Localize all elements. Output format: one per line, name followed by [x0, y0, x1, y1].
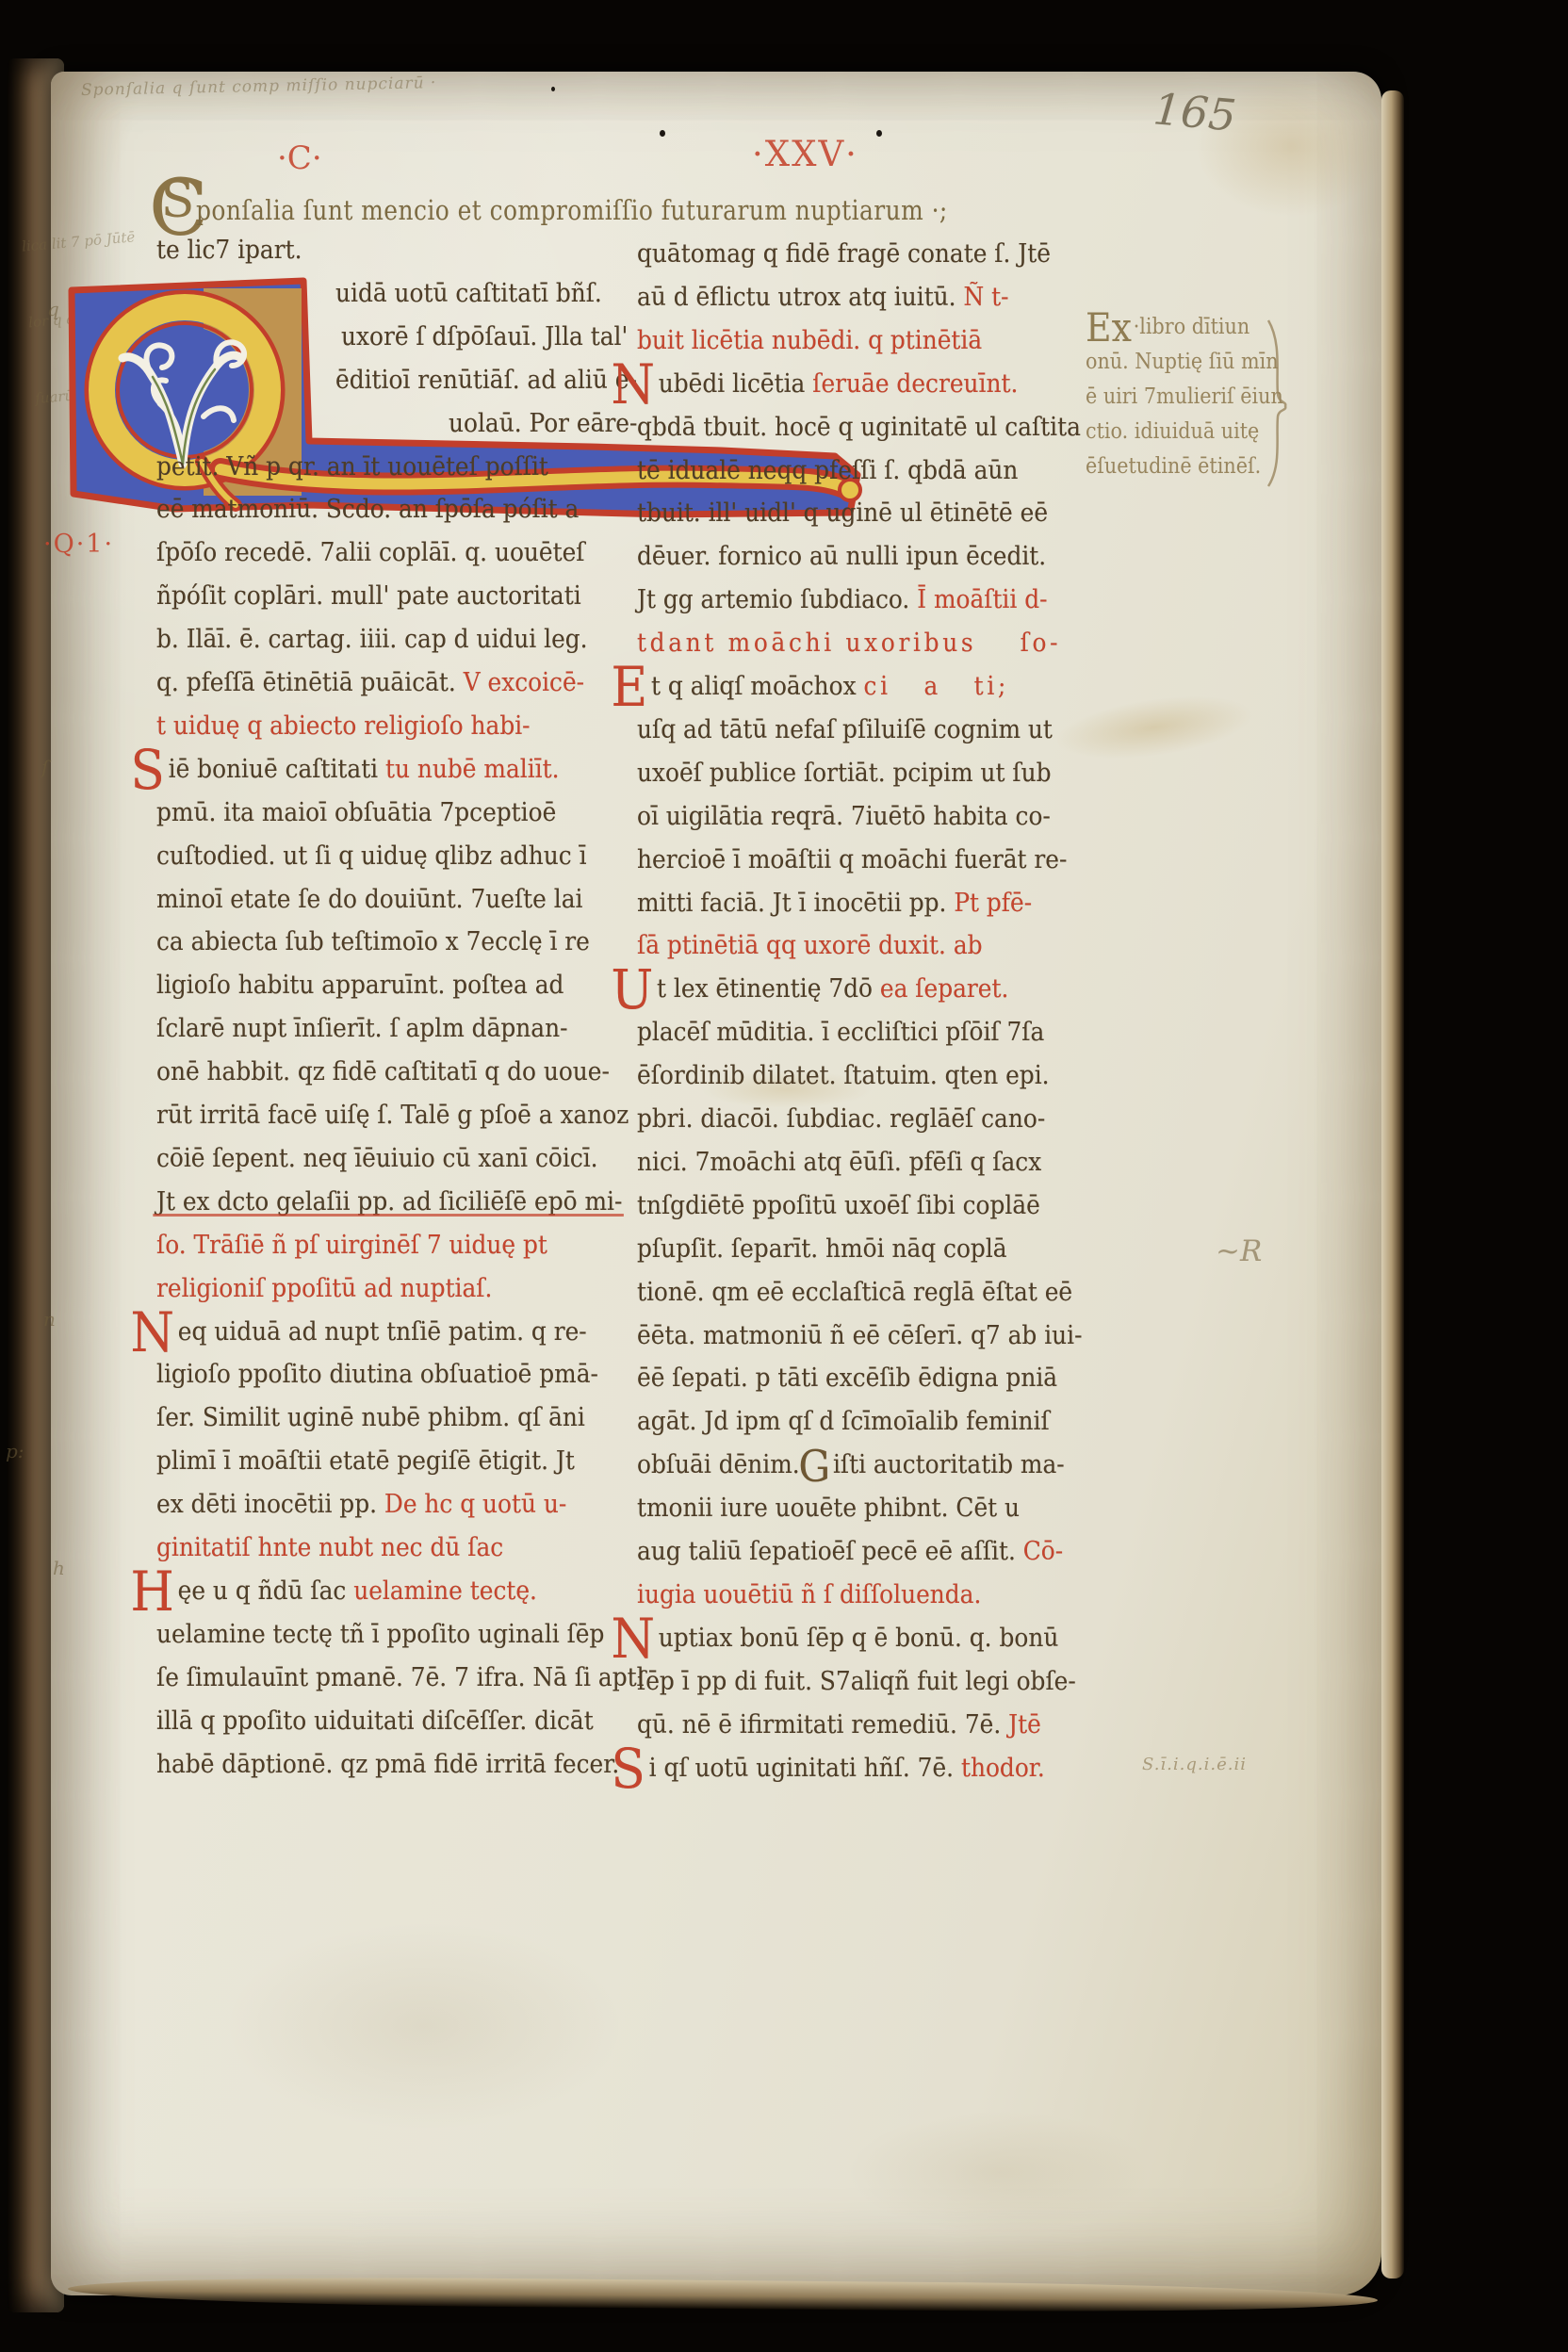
text-segment: iē boniuē caſtitati [169, 755, 385, 784]
text-segment: tdant moāchi uxoribus ſo- [637, 629, 1061, 658]
text-segment: ·libro dītiun [1134, 315, 1249, 339]
text-line: qbdā tbuit. hocē q uginitatē ul caſtita [637, 413, 1081, 443]
text-segment: pbri. diacōi. ſubdiac. reglāēſ cano- [637, 1104, 1045, 1134]
text-line: uxoēſ publice ſortiāt. pcipim ut ſub [637, 759, 1052, 789]
text-segment: ē uiri 7mulieriſ ēiun [1086, 384, 1283, 409]
text-segment: cōiē ſepent. neq īēuiuio cū xanī cōicī. [156, 1144, 598, 1173]
text-line: tē idualē neqq pfeſſi ſ. qbdā aūn [637, 456, 1018, 486]
text-segment: oī uigilātia reqrā. 7iuētō habita co- [637, 802, 1051, 831]
text-line: ēſuetudinē ētinēſ. [1086, 454, 1261, 481]
text-segment: ubēdi licētia [659, 369, 812, 399]
text-line: ligioſo habitu apparuīnt. poſtea ad [156, 971, 563, 1001]
text-segment: ēē ſepati. p tāti excēſib ēdigna pniā [637, 1364, 1057, 1393]
text-line: oī uigilātia reqrā. 7iuētō habita co- [637, 802, 1051, 832]
text-line: Hęe u q ñdū ſac uelamine tectę. [156, 1576, 537, 1607]
text-line: te lic7 ipart. [156, 236, 302, 266]
text-line: plimī ī moāſtii etatē pegiſē ētigit. Jt [156, 1446, 575, 1477]
text-line: ēſordinib dilatet. ſtatuim. qten epi. [637, 1061, 1050, 1091]
text-segment: ſer. Similit uginē nubē phibm. qſ āni [156, 1403, 585, 1432]
text-line: mitti faciā. Jt ī inocētii pp. Pt pfē- [637, 889, 1032, 919]
text-segment: ſā ptinētiā qq uxorē duxit. ab [637, 931, 983, 960]
text-line: tmonii iure uouēte phibnt. Cēt u [637, 1494, 1020, 1524]
margin-letter: p: [6, 1440, 24, 1462]
text-segment: obſuāi dēnim. [637, 1450, 808, 1479]
text-segment: tmonii iure uouēte phibnt. Cēt u [637, 1494, 1020, 1523]
text-line: ēēta. matmoniū ñ eē cēſerī. q7 ab iui- [637, 1321, 1082, 1351]
text-line: ligioſo ppoſito diutina obſuatioē pmā- [156, 1360, 598, 1390]
text-line: ſo. Trāſiē ñ pſ uirginēſ 7 uiduę pt [156, 1231, 547, 1261]
text-segment: uelamine tectę tñ ī ppoſito uginali ſēp [156, 1620, 604, 1649]
text-segment: cuſtodied. ut ſi q uiduę qlibz adhuc ī [156, 841, 587, 871]
text-segment: plimī ī moāſtii etatē pegiſē ētigit. Jt [156, 1446, 575, 1476]
text-segment: buit licētia nubēdi. q ptinētiā [637, 326, 982, 355]
text-line: Nuptiax bonū ſēp q ē bonū. q. bonū [637, 1624, 1058, 1654]
text-segment: iſti auctoritatib ma- [833, 1450, 1065, 1479]
text-line: petit. Vñ p qr. an īt uouēteſ poſſit [156, 452, 548, 482]
text-segment: illā q ppoſito uiduitati diſcēſſer. dicā… [156, 1707, 594, 1736]
text-line: qū. nē ē ifirmitati remediū. 7ē. Jtē [637, 1710, 1041, 1740]
text-line: placēſ mūditia. ī eccliſtici pſōiſ 7ſa [637, 1018, 1044, 1048]
text-segment: ligioſo ppoſito diutina obſuatioē pmā- [156, 1360, 598, 1389]
text-segment: uxorē ſ dſpōſauī. Jlla tal' [341, 322, 628, 351]
ink-speck [660, 130, 665, 137]
text-line: Et q aliqſ moāchox ci a ti; [637, 672, 1009, 702]
text-line: illā q ppoſito uiduitati diſcēſſer. dicā… [156, 1707, 594, 1737]
text-segment: b. Ilāī. ē. cartag. iiii. cap d uidui le… [156, 625, 588, 654]
text-line: religioniſ ppoſitū ad nuptiaſ. [156, 1274, 492, 1304]
text-line: Si qſ uotū uginitati hñſ. 7ē. thodor. [637, 1754, 1045, 1784]
text-line: Jt ex dcto gelaſii pp. ad ſiciliēſē epō … [156, 1187, 622, 1217]
text-segment: Ī moāſtii d- [917, 585, 1047, 614]
text-line: ex dēti inocētii pp. De hc q uotū u- [156, 1490, 566, 1520]
text-segment: agāt. Jd ipm qſ d ſcīmoīalib feminiſ [637, 1407, 1050, 1436]
text-line: ſpōſo recedē. 7alii coplāī. q. uouēteſ [156, 538, 584, 568]
text-segment: qū. nē ē ifirmitati remediū. 7ē. [637, 1710, 1008, 1739]
text-segment: dēuer. fornico aū nulli ipun ēcedit. [637, 542, 1046, 571]
text-segment: ca abiecta ſub teſtimoīo x 7ecclę ī re [156, 927, 590, 956]
margin-letter: ſ [41, 756, 48, 778]
text-line: Siē boniuē caſtitati tu nubē maliīt. [156, 755, 559, 785]
text-line: uelamine tectę tñ ī ppoſito uginali ſēp [156, 1620, 604, 1650]
text-segment: ea ſeparet. [880, 974, 1008, 1004]
text-line: nici. 7moāchi atq ēūſi. pfēſi q ſacx [637, 1148, 1041, 1178]
text-line: dēuer. fornico aū nulli ipun ēcedit. [637, 542, 1046, 572]
text-line: cuſtodied. ut ſi q uiduę qlibz adhuc ī [156, 841, 587, 872]
text-line: ēē ſepati. p tāti excēſib ēdigna pniā [637, 1364, 1057, 1394]
text-segment: aug taliū ſepatioēſ pecē eē aſſit. [637, 1537, 1023, 1566]
text-line: ſclarē nupt īnſierīt. ſ aplm dāpnan- [156, 1014, 567, 1044]
text-segment: Ñ t- [963, 283, 1008, 312]
text-segment: ſe ſimulauīnt pmanē. 7ē. 7 ifra. Nā ſi a… [156, 1663, 645, 1692]
text-line: Jt gg artemio ſubdiaco. Ī moāſtii d- [637, 585, 1048, 615]
text-segment: ſeruāe decreuīnt. [812, 369, 1018, 399]
text-segment: tu nubē maliīt. [385, 755, 559, 784]
text-line: onē habbit. qz fidē caſtitatī q do uoue- [156, 1057, 610, 1087]
text-segment: ēſordinib dilatet. ſtatuim. qten epi. [637, 1061, 1050, 1090]
text-line: aug taliū ſepatioēſ pecē eē aſſit. Cō- [637, 1537, 1063, 1567]
text-segment: V excoicē- [464, 668, 584, 697]
text-line: uſq ad tātū nefaſ pſiluiſē cognim ut [637, 715, 1053, 745]
ink-speck [551, 87, 555, 91]
text-segment: ſo. Trāſiē ñ pſ uirginēſ 7 uiduę pt [156, 1231, 547, 1260]
text-segment: uptiax bonū ſēp q ē bonū. q. bonū [659, 1624, 1059, 1653]
text-segment: Jt ex dcto gelaſii pp. ad ſiciliēſē epō … [156, 1187, 622, 1217]
text-segment: tē idualē neqq pfeſſi ſ. qbdā aūn [637, 456, 1018, 485]
text-line: ginitatiſ hnte nubt nec dū ſac [156, 1533, 503, 1563]
margin-bottom-note: S.ī.i.q.i.ē.ii [1142, 1755, 1247, 1774]
text-segment: tnſgdiētē ppoſitū uxoēſ ſibi coplāē [637, 1191, 1040, 1220]
text-segment: ēditioī renūtiāſ. ad aliū ē- [335, 366, 637, 395]
text-segment: ſclarē nupt īnſierīt. ſ aplm dāpnan- [156, 1014, 567, 1043]
text-line: aū d ēflictu utrox atq iuitū. Ñ t- [637, 283, 1008, 313]
red-underline [153, 1214, 624, 1217]
text-segment: ginitatiſ hnte nubt nec dū ſac [156, 1533, 503, 1562]
text-segment: ex dēti inocētii pp. [156, 1490, 384, 1519]
text-line: ē uiri 7mulieriſ ēiun [1086, 384, 1283, 411]
text-line: uolaū. Por eāre- [449, 409, 637, 439]
text-segment: te lic7 ipart. [156, 236, 302, 265]
text-segment: tionē. qm eē ecclaſticā reglā ēſtat eē [637, 1278, 1072, 1307]
text-line: tbuit. ill' uidl' q uginē ul ētinētē eē [637, 498, 1048, 529]
text-line: ēditioī renūtiāſ. ad aliū ē- [335, 366, 637, 396]
text-segment: eē matmoniū. Scdo. an ſpōſa póſit a [156, 495, 579, 524]
chapter-rubric: C S ponſalia ſunt mencio et compromiſſio… [149, 179, 1070, 239]
text-segment: minoī etate ſe do douiūnt. 7ueſte lai [156, 885, 582, 914]
text-segment: pmū. ita maioī obſuātia 7pceptioē [156, 798, 556, 827]
text-line: eē matmoniū. Scdo. an ſpōſa póſit a [156, 495, 579, 525]
fore-edge-right [1381, 90, 1404, 2278]
text-line: pbri. diacōi. ſubdiac. reglāēſ cano- [637, 1104, 1045, 1135]
corner-inscription-line: lica lit 7 pō Jūtē [21, 222, 160, 260]
text-segment: i qſ uotū uginitati hñſ. 7ē. [649, 1754, 961, 1783]
text-line: cōiē ſepent. neq īēuiuio cū xanī cōicī. [156, 1144, 598, 1174]
text-line: rūt irritā facē uiſę ſ. Talē g pſoē a xa… [156, 1101, 629, 1131]
text-line: Nubēdi licētia ſeruāe decreuīnt. [637, 369, 1018, 400]
text-segment: mitti faciā. Jt ī inocētii pp. [637, 889, 954, 918]
text-segment: nici. 7moāchi atq ēūſi. pfēſi q ſacx [637, 1148, 1041, 1177]
text-line: Ex·libro dītiun [1086, 315, 1249, 341]
text-line: ſā ptinētiā qq uxorē duxit. ab [637, 931, 983, 961]
text-line: tnſgdiētē ppoſitū uxoēſ ſibi coplāē [637, 1191, 1040, 1221]
folio-number: 165 [1151, 83, 1238, 140]
text-line: q. pfeſſā ētinētiā puāicāt. V excoicē- [156, 668, 584, 698]
text-segment: Cō- [1023, 1537, 1063, 1566]
margin-letter: n [43, 1308, 56, 1331]
chapter-number: ·XXV· [752, 134, 858, 174]
ink-speck [876, 130, 882, 137]
text-line: ſer. Similit uginē nubē phibm. qſ āni [156, 1403, 585, 1433]
text-segment: uelamine tectę. [353, 1576, 537, 1606]
text-segment: ctio. idiuiduā uitę [1086, 419, 1259, 444]
margin-bottom-mark: ~R [1216, 1234, 1262, 1268]
text-segment: t lex ētinentię 7dō [657, 974, 880, 1004]
text-segment: ligioſo habitu apparuīnt. poſtea ad [156, 971, 563, 1000]
text-segment: Jtē [1008, 1710, 1041, 1739]
text-line: onū. Nuptię ſiū mīn [1086, 350, 1279, 376]
gloss-brace-icon [1261, 317, 1291, 494]
margin-letter: q [47, 298, 59, 320]
text-segment: De hc q uotū u- [384, 1490, 566, 1519]
text-line: hercioē ī moāſtii q moāchi fuerāt re- [637, 845, 1067, 875]
rubric-text: ponſalia ſunt mencio et compromiſſio fut… [196, 194, 948, 226]
text-segment: t uiduę q abiecto religioſo habi- [156, 711, 531, 741]
text-segment: Jt gg artemio ſubdiaco. [637, 585, 917, 614]
text-line: agāt. Jd ipm qſ d ſcīmoīalib feminiſ [637, 1407, 1050, 1437]
text-line: habē dāptionē. qz pmā fidē irritā fecer. [156, 1750, 619, 1780]
text-segment: tbuit. ill' uidl' q uginē ul ētinētē eē [637, 498, 1048, 528]
text-line: uidā uotū caſtitatī bñſ. [335, 279, 602, 309]
text-segment: religioniſ ppoſitū ad nuptiaſ. [156, 1274, 492, 1303]
text-segment: ſpōſo recedē. 7alii coplāī. q. uouēteſ [156, 538, 584, 567]
text-line: ſe ſimulauīnt pmanē. 7ē. 7 ifra. Nā ſi a… [156, 1663, 645, 1693]
rubric-initial-s: S [161, 179, 195, 223]
text-segment: onē habbit. qz fidē caſtitatī q do uoue- [156, 1057, 610, 1086]
text-line: uxorē ſ dſpōſauī. Jlla tal' [341, 322, 628, 352]
text-line: b. Ilāī. ē. cartag. iiii. cap d uidui le… [156, 625, 588, 655]
text-line: obſuāi dēnim. Giſti auctoritatib ma- [637, 1450, 1065, 1480]
text-segment: qbdā tbuit. hocē q uginitatē ul caſtita [637, 413, 1081, 442]
text-segment: onū. Nuptię ſiū mīn [1086, 350, 1279, 374]
text-segment: aū d ēflictu utrox atq iuitū. [637, 283, 963, 312]
text-line: quātomag q fidē fragē conate ſ. Jtē [637, 239, 1051, 269]
text-line: tionē. qm eē ecclaſticā reglā ēſtat eē [637, 1278, 1072, 1308]
text-segment: uolaū. Por eāre- [449, 409, 637, 438]
chapter-mark: ·C· [277, 139, 322, 177]
text-segment: ci a ti; [863, 672, 1009, 701]
text-segment: Pt pfē- [954, 889, 1032, 918]
text-segment: thodor. [961, 1754, 1045, 1783]
text-segment: ñpóſit coplāri. mull' pate auctoritati [156, 581, 581, 611]
text-segment: ēſuetudinē ētinēſ. [1086, 454, 1261, 479]
text-segment: eq uiduā ad nupt tnſiē patim. q re- [178, 1317, 587, 1347]
text-segment: ſēp ī pp di fuit. S7aliqñ fuit legi obſe… [637, 1667, 1076, 1696]
margin-question-number: ·Q·1· [43, 530, 114, 559]
text-line: t uiduę q abiecto religioſo habi- [156, 711, 531, 742]
manuscript-photo: Sponſalia q ſunt comp miſſio nupciarū · … [0, 0, 1568, 2352]
text-line: ñpóſit coplāri. mull' pate auctoritati [156, 581, 581, 612]
text-line: Ut lex ētinentię 7dō ea ſeparet. [637, 974, 1008, 1004]
text-line: tdant moāchi uxoribus ſo- [637, 629, 1061, 659]
text-segment: ęe u q ñdū ſac [178, 1576, 354, 1606]
text-segment: uidā uotū caſtitatī bñſ. [335, 279, 602, 308]
text-segment: uxoēſ publice ſortiāt. pcipim ut ſub [637, 759, 1052, 788]
margin-letter: h [53, 1557, 65, 1579]
text-line: buit licētia nubēdi. q ptinētiā [637, 326, 982, 356]
text-segment: pſupſit. ſeparīt. hmōi nāq coplā [637, 1234, 1007, 1264]
text-segment: habē dāptionē. qz pmā fidē irritā fecer. [156, 1750, 619, 1779]
text-segment: t q aliqſ moāchox [651, 672, 863, 701]
text-line: iugia uouētiū ñ ſ diſſoluenda. [637, 1580, 981, 1610]
text-segment: ēēta. matmoniū ñ eē cēſerī. q7 ab iui- [637, 1321, 1082, 1350]
text-segment: placēſ mūditia. ī eccliſtici pſōiſ 7ſa [637, 1018, 1044, 1047]
text-segment: iugia uouētiū ñ ſ diſſoluenda. [637, 1580, 981, 1609]
text-segment: uſq ad tātū nefaſ pſiluiſē cognim ut [637, 715, 1053, 744]
text-line: minoī etate ſe do douiūnt. 7ueſte lai [156, 885, 582, 915]
text-segment: rūt irritā facē uiſę ſ. Talē g pſoē a xa… [156, 1101, 629, 1130]
text-line: ſēp ī pp di fuit. S7aliqñ fuit legi obſe… [637, 1667, 1076, 1697]
text-line: pmū. ita maioī obſuātia 7pceptioē [156, 798, 556, 828]
text-segment: q. pfeſſā ētinētiā puāicāt. [156, 668, 464, 697]
text-line: Neq uiduā ad nupt tnſiē patim. q re- [156, 1317, 587, 1347]
text-segment: quātomag q fidē fragē conate ſ. Jtē [637, 239, 1051, 269]
text-line: pſupſit. ſeparīt. hmōi nāq coplā [637, 1234, 1007, 1265]
text-line: ctio. idiuiduā uitę [1086, 419, 1259, 446]
text-segment: hercioē ī moāſtii q moāchi fuerāt re- [637, 845, 1067, 874]
text-line: ca abiecta ſub teſtimoīo x 7ecclę ī re [156, 927, 590, 957]
text-segment: petit. Vñ p qr. an īt uouēteſ poſſit [156, 452, 548, 482]
